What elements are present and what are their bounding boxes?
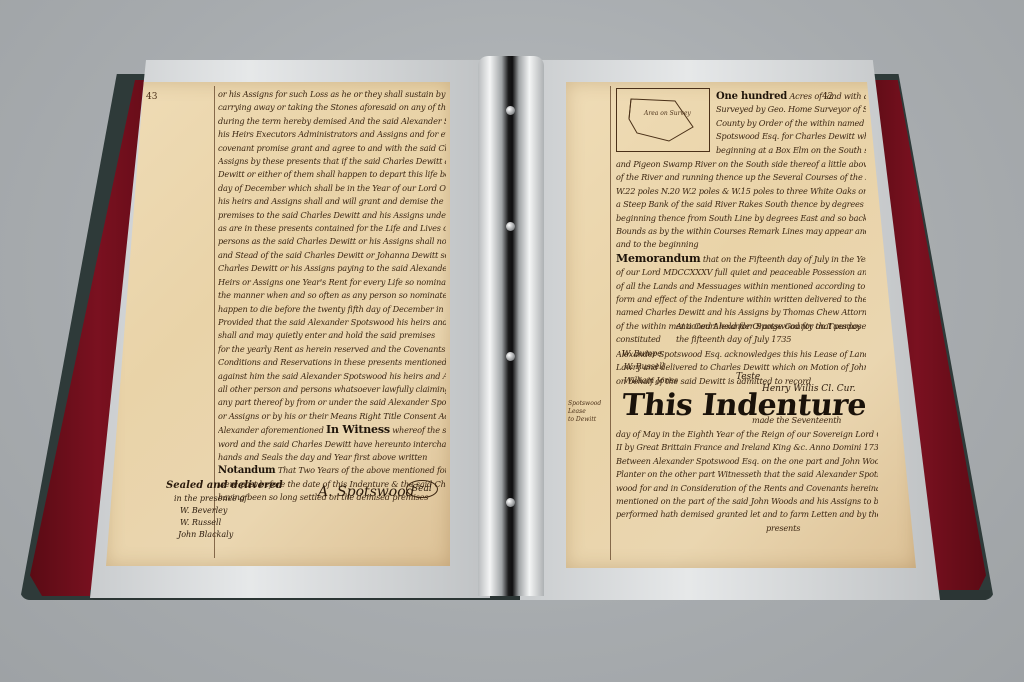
witness-name: W. Beverley (180, 506, 227, 515)
text-line: form and effect of the Indenture within … (616, 293, 866, 306)
text-line: the fifteenth day of July 1735 (676, 333, 866, 346)
manuscript-page-left: 43 or his Assigns for such Loss as he or… (106, 82, 450, 566)
text-line: all other person and persons whatsoever … (218, 383, 446, 396)
page-number-left: 43 (146, 92, 157, 102)
manuscript-page-right: 42 One hundred Acres of land with a mans… (566, 82, 916, 568)
text-line: or Assigns or by his or their Means Righ… (218, 410, 446, 423)
witness-heading: In Witness (326, 423, 390, 436)
court-record: At a Court held for Orange County on Tue… (676, 320, 866, 347)
text-line: named Charles Dewitt and his Assigns by … (616, 306, 866, 319)
text-line: County by Order of the within named Alex… (716, 117, 866, 130)
sealed-heading: Sealed and delivered (166, 480, 283, 491)
witness-line: Alexander aforementioned In Witness wher… (218, 423, 446, 437)
text-line: carrying away or taking the Stones afore… (218, 101, 446, 114)
opening-text: One hundred Acres of land with a mansion… (716, 90, 866, 157)
text-line: and to the beginning (616, 238, 866, 251)
text-line: hands and Seals the day and Year first a… (218, 451, 446, 464)
text-line: Bounds as by the within Courses Remark L… (616, 225, 866, 238)
ring-rivet (506, 106, 515, 115)
text-fragment: whereof the said Alexander Spotswood (392, 425, 446, 435)
text-line: or his Assigns for such Loss as he or th… (218, 88, 446, 101)
witness-name: W. Russell (180, 518, 221, 527)
text-line: as are in these presents contained for t… (218, 222, 446, 235)
margin-note: Spotswood Lease to Dewitt (568, 400, 601, 424)
text-line: II by Great Brittain France and Ireland … (616, 441, 878, 454)
text-line: day of December which shall be in the Ye… (218, 182, 446, 195)
acknowledgement-text: Alexander Spotswood Esq. acknowledges th… (616, 348, 866, 388)
memorandum-heading: Memorandum (616, 252, 700, 265)
text-line: shall and may quietly enter and hold the… (218, 329, 446, 342)
notandum-line: Notandum That Two Years of the above men… (218, 464, 446, 477)
text-line: W.22 poles N.20 W.2 poles & W.15 poles t… (616, 185, 866, 198)
text-line: presents (616, 522, 878, 535)
text-line: during the term hereby demised And the s… (218, 115, 446, 128)
sealed-subheading: in the presence of (174, 494, 247, 503)
text-line: Charles Dewitt or his Assigns paying to … (218, 262, 446, 275)
survey-map-sketch (616, 88, 710, 152)
opening-line: One hundred Acres of land with a mansion (716, 90, 866, 103)
text-line: any part thereof by from or under the sa… (218, 396, 446, 409)
text-line: and Pigeon Swamp River on the South side… (616, 158, 866, 171)
text-line: mentioned on the part of the said John W… (616, 495, 878, 508)
text-line: beginning thence from South Line by degr… (616, 212, 866, 225)
text-line: Provided that the said Alexander Spotswo… (218, 316, 446, 329)
indenture-title: This Indenture (620, 388, 868, 423)
opening-heading: One hundred (716, 91, 787, 102)
text-fragment: That Two Years of the above mentioned fo… (278, 465, 446, 475)
margin-note-line: Spotswood (568, 400, 601, 408)
text-line: Spotswood Esq. for Charles Dewitt which … (716, 130, 866, 143)
text-line: word and the said Charles Dewitt have he… (218, 438, 446, 451)
text-line: performed hath demised granted let and t… (616, 508, 878, 521)
margin-note-line: Lease (568, 408, 601, 416)
margin-note-line: to Dewitt (568, 416, 601, 424)
text-line: covenant promise grant and agree to and … (218, 142, 446, 155)
text-line: a Steep Bank of the said River Rakes Sou… (616, 198, 866, 211)
ring-rivet (506, 352, 515, 361)
ring-rivet (506, 498, 515, 507)
text-line: against him the said Alexander Spotswood… (218, 370, 446, 383)
witness-name: John Blackaly (178, 530, 233, 539)
binder-spine (478, 56, 544, 596)
text-line: persons as the said Charles Dewitt or hi… (218, 235, 446, 248)
text-line: premises to the said Charles Dewitt and … (218, 209, 446, 222)
text-line: beginning at a Box Elm on the South side… (716, 144, 866, 157)
text-line: his heirs and Assigns shall and will gra… (218, 195, 446, 208)
text-line: of the River and running thence up the S… (616, 171, 866, 184)
text-line: At a Court held for Orange County on Tue… (676, 320, 866, 333)
text-line: the manner when and so often as any pers… (218, 289, 446, 302)
signature: A. Spotswood (318, 484, 415, 500)
text-line: Surveyed by Geo. Home Surveyor of Spotsy… (716, 103, 866, 116)
map-label: Area on Survey (644, 110, 691, 118)
text-line: wood for and in Consideration of the Ren… (616, 482, 878, 495)
text-line: for the yearly Rent as herein reserved a… (218, 343, 446, 356)
text-line: day of May in the Eighth Year of the Rei… (616, 428, 878, 441)
text-line: Alexander Spotswood Esq. acknowledges th… (616, 348, 866, 361)
seal-mark: Seal (406, 480, 438, 498)
memorandum-line: Memorandum that on the Fifteenth day of … (616, 252, 866, 266)
text-line: Assigns by these presents that if the sa… (218, 155, 446, 168)
ring-rivet (506, 222, 515, 231)
text-line: happen to die before the twenty fifth da… (218, 303, 446, 316)
text-line: Dewitt or either of them shall happen to… (218, 168, 446, 181)
text-fragment: Acres of land with a mansion (789, 91, 866, 101)
text-line: his Heirs Executors Administrators and A… (218, 128, 446, 141)
survey-plat-icon (617, 89, 709, 151)
text-line: of all the Lands and Messuages within me… (616, 280, 866, 293)
clerk-teste: Teste (736, 372, 760, 382)
margin-rule (610, 86, 611, 560)
text-line: Planter on the other part Witnesseth tha… (616, 468, 878, 481)
text-line: and Stead of the said Charles Dewitt or … (218, 249, 446, 262)
text-fragment: that on the Fifteenth day of July in the… (703, 254, 866, 264)
text-fragment: Alexander aforementioned (218, 425, 324, 435)
text-line: of our Lord MDCCXXXV full quiet and peac… (616, 266, 866, 279)
notandum-heading: Notandum (218, 465, 275, 476)
text-line: Between Alexander Spotswood Esq. on the … (616, 455, 878, 468)
indenture-body-text: day of May in the Eighth Year of the Rei… (616, 428, 878, 535)
text-line: Heirs or Assigns one Year's Rent for eve… (218, 276, 446, 289)
text-line: Conditions and Reservations in these pre… (218, 356, 446, 369)
left-page-body-text: or his Assigns for such Loss as he or th… (218, 88, 446, 505)
